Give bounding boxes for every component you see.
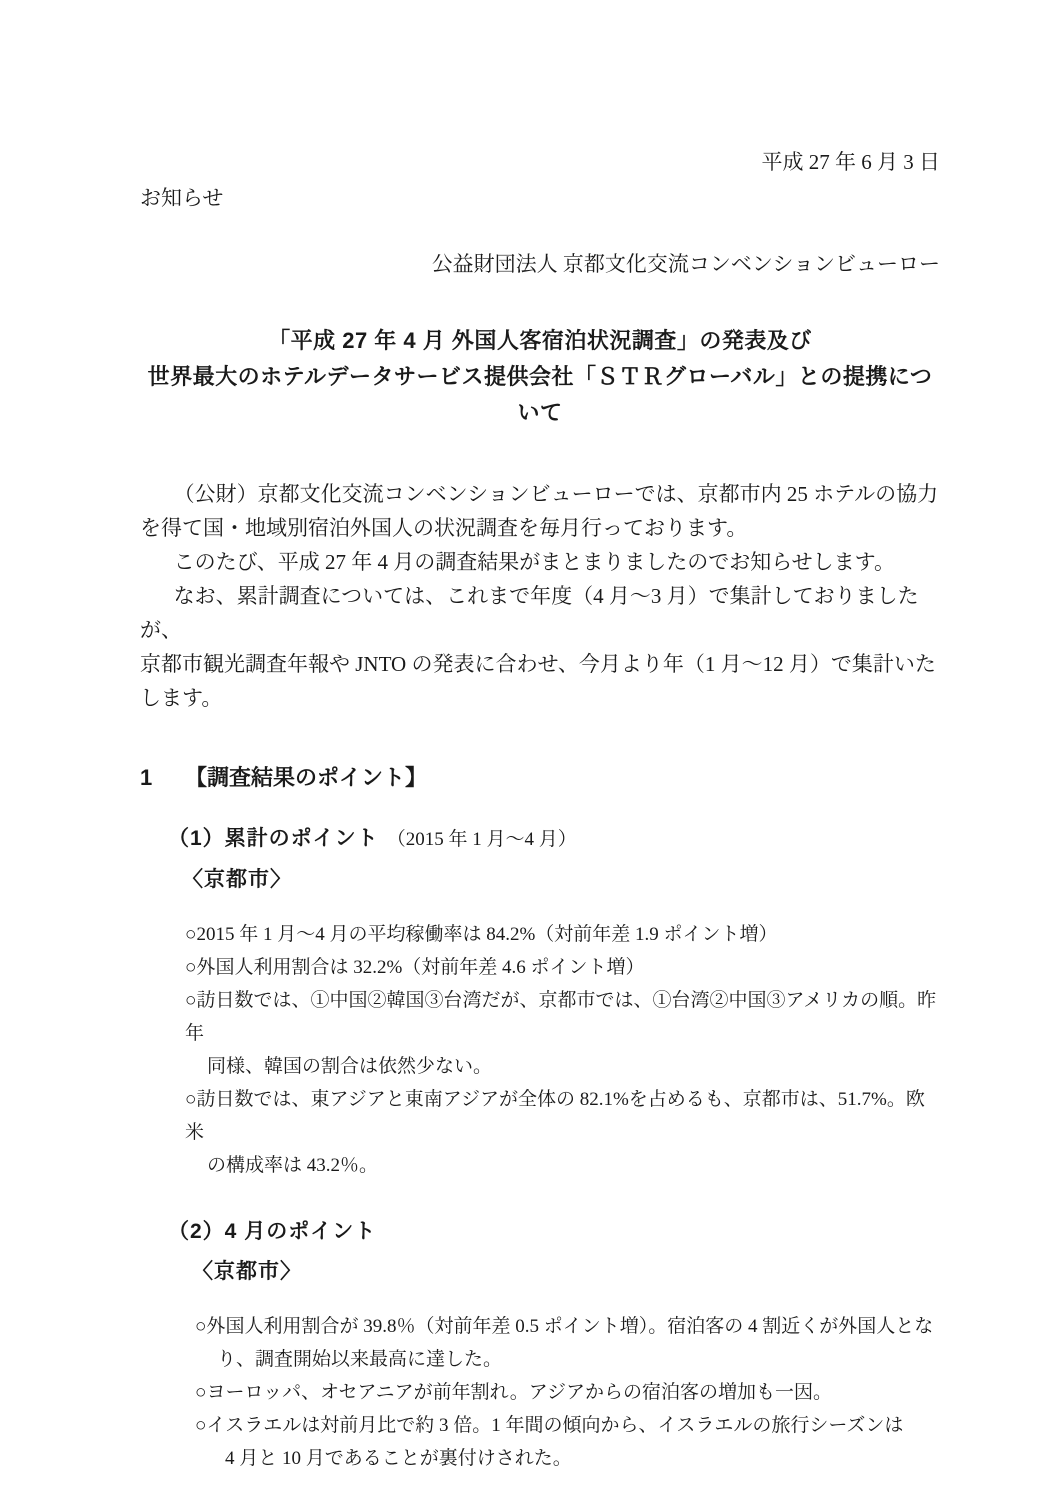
intro-paragraph: （公財）京都文化交流コンベンションビューローでは、京都市内 25 ホテルの協力 … <box>140 477 940 715</box>
area-heading-kyoto-city: 〈京都市〉 <box>192 1256 940 1288</box>
section-1-title: 【調査結果のポイント】 <box>185 763 427 793</box>
document-title: 「平成 27 年 4 月 外国人客宿泊状況調査」の発表及び 世界最大のホテルデー… <box>140 323 940 431</box>
section-1-number: 1 <box>140 763 185 793</box>
intro-line: します。 <box>140 681 940 715</box>
subsection-2-april: （2）4 月のポイント 〈京都市〉 ○外国人利用割合が 39.8％（対前年差 0… <box>168 1216 940 1475</box>
bullet-item-continuation: り、調査開始以来最高に達した。 <box>195 1343 940 1376</box>
area-heading-kyoto-city: 〈京都市〉 <box>182 864 940 896</box>
document-date: 平成 27 年 6 月 3 日 <box>140 145 940 179</box>
bullet-item: ○イスラエルは対前月比で約 3 倍。1 年間の傾向から、イスラエルの旅行シーズン… <box>195 1409 940 1442</box>
section-1-heading: 1 【調査結果のポイント】 <box>140 763 940 793</box>
bullet-item: ○2015 年 1 月～4 月の平均稼働率は 84.2%（対前年差 1.9 ポイ… <box>185 918 940 951</box>
intro-line: （公財）京都文化交流コンベンションビューローでは、京都市内 25 ホテルの協力 <box>140 477 940 511</box>
organization-name: 公益財団法人 京都文化交流コンベンションビューロー <box>140 247 940 281</box>
document-title-line-1: 「平成 27 年 4 月 外国人客宿泊状況調査」の発表及び <box>140 323 940 359</box>
subsection-1-title: （1）累計のポイント <box>168 823 379 855</box>
intro-line: このたび、平成 27 年 4 月の調査結果がまとまりましたのでお知らせします。 <box>140 545 940 579</box>
bullet-item-continuation: の構成率は 43.2％。 <box>185 1149 940 1182</box>
intro-line: 京都市観光調査年報や JNTO の発表に合わせ、今月より年（1 月～12 月）で… <box>140 647 940 681</box>
intro-line: を得て国・地域別宿泊外国人の状況調査を毎月行っております。 <box>140 511 940 545</box>
document-title-line-2: 世界最大のホテルデータサービス提供会社「ＳＴＲグローバル」との提携について <box>140 359 940 431</box>
bullet-item-continuation: 4 月と 10 月であることが裏付けされた。 <box>195 1442 940 1475</box>
intro-line: なお、累計調査については、これまで年度（4 月～3 月）で集計しておりましたが、 <box>140 579 940 647</box>
subsection-2-heading: （2）4 月のポイント <box>168 1216 940 1248</box>
bullet-item: ○ヨーロッパ、オセアニアが前年割れ。アジアからの宿泊客の増加も一因。 <box>195 1376 940 1409</box>
bullet-item: ○訪日数では、東アジアと東南アジアが全体の 82.1%を占めるも、京都市は、51… <box>185 1083 940 1149</box>
subsection-2-title: （2）4 月のポイント <box>168 1216 376 1248</box>
cumulative-points-list: ○2015 年 1 月～4 月の平均稼働率は 84.2%（対前年差 1.9 ポイ… <box>185 918 940 1182</box>
bullet-item: ○外国人利用割合は 32.2%（対前年差 4.6 ポイント増） <box>185 951 940 984</box>
bullet-item-continuation: 同様、韓国の割合は依然少ない。 <box>185 1050 940 1083</box>
april-points-list: ○外国人利用割合が 39.8％（対前年差 0.5 ポイント増）。宿泊客の 4 割… <box>195 1310 940 1475</box>
bullet-item: ○訪日数では、①中国②韓国③台湾だが、京都市では、①台湾②中国③アメリカの順。昨… <box>185 984 940 1050</box>
document-page: 平成 27 年 6 月 3 日 お知らせ 公益財団法人 京都文化交流コンベンショ… <box>0 0 1058 1497</box>
subsection-1-heading: （1）累計のポイント （2015 年 1 月～4 月） <box>168 823 940 856</box>
subsection-1-period-note: （2015 年 1 月～4 月） <box>387 824 577 856</box>
notice-label: お知らせ <box>140 181 940 215</box>
subsection-1-cumulative: （1）累計のポイント （2015 年 1 月～4 月） 〈京都市〉 ○2015 … <box>168 823 940 1182</box>
bullet-item: ○外国人利用割合が 39.8％（対前年差 0.5 ポイント増）。宿泊客の 4 割… <box>195 1310 940 1343</box>
